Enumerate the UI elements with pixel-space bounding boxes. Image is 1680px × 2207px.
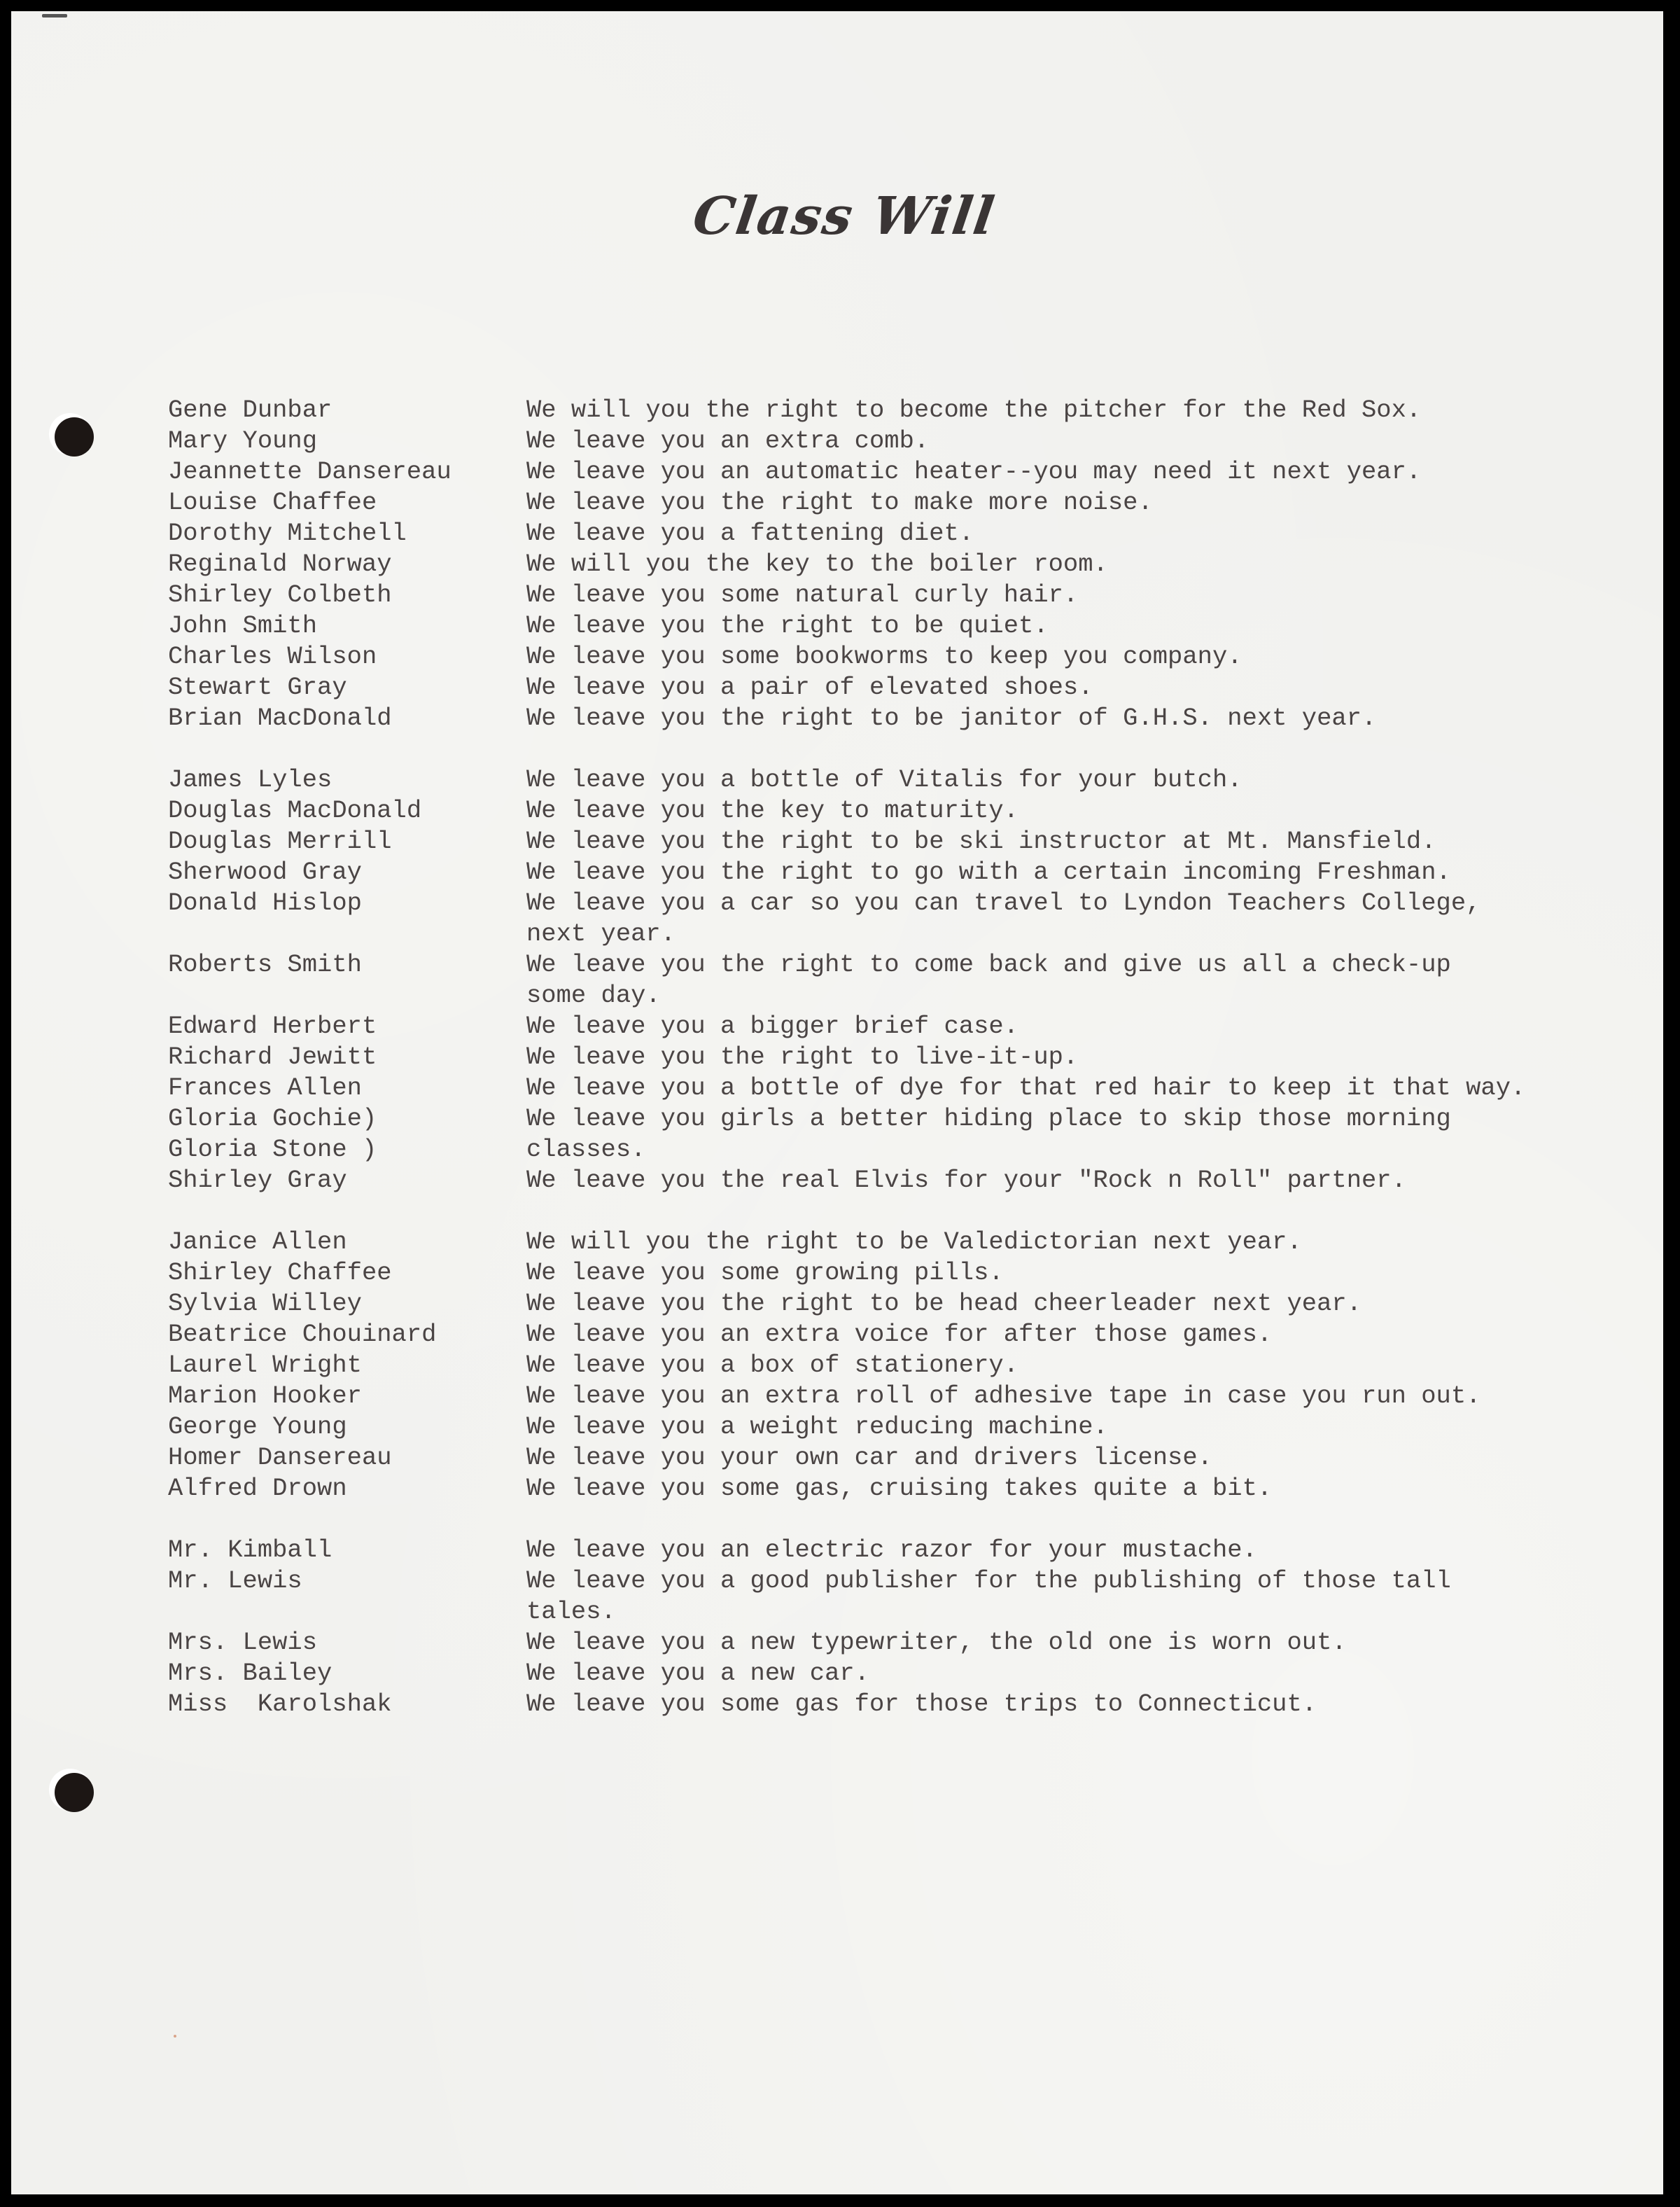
bequest-text: We leave you the right to be ski instruc…: [526, 826, 1624, 857]
will-entry: Miss KarolshakWe leave you some gas for …: [168, 1689, 1624, 1720]
will-entry: Reginald NorwayWe will you the key to th…: [168, 549, 1624, 580]
student-name: Reginald Norway: [168, 549, 526, 580]
will-entry: Louise ChaffeeWe leave you the right to …: [168, 487, 1624, 518]
scanned-page: Class Will Gene DunbarWe will you the ri…: [11, 11, 1663, 2194]
bequest-text: We leave you your own car and drivers li…: [526, 1442, 1624, 1473]
stray-mark: [174, 2035, 176, 2038]
bequest-text: We leave you an electric razor for your …: [526, 1535, 1624, 1566]
bequest-text: We will you the right to become the pitc…: [526, 395, 1624, 426]
student-name: Louise Chaffee: [168, 487, 526, 518]
student-name: Shirley Colbeth: [168, 580, 526, 611]
student-name: Gene Dunbar: [168, 395, 526, 426]
will-entry: Marion HookerWe leave you an extra roll …: [168, 1381, 1624, 1412]
student-name: Alfred Drown: [168, 1473, 526, 1504]
bequest-text: We will you the right to be Valedictoria…: [526, 1227, 1624, 1258]
punch-hole-bottom-icon: [55, 1773, 94, 1812]
student-name: Brian MacDonald: [168, 703, 526, 734]
will-entry: Edward HerbertWe leave you a bigger brie…: [168, 1011, 1624, 1042]
will-entry: Stewart GrayWe leave you a pair of eleva…: [168, 672, 1624, 703]
student-name: Mary Young: [168, 426, 526, 457]
student-name: Laurel Wright: [168, 1350, 526, 1381]
bequest-text: We leave you the real Elvis for your "Ro…: [526, 1165, 1624, 1196]
will-entry: John SmithWe leave you the right to be q…: [168, 611, 1624, 641]
will-entry: Donald HislopWe leave you a car so you c…: [168, 888, 1624, 949]
will-entry: Roberts SmithWe leave you the right to c…: [168, 949, 1624, 1011]
will-group: Janice AllenWe will you the right to be …: [168, 1227, 1624, 1504]
will-entry: Shirley GrayWe leave you the real Elvis …: [168, 1165, 1624, 1196]
bequest-text: We leave you some gas for those trips to…: [526, 1689, 1624, 1720]
student-name: Shirley Chaffee: [168, 1258, 526, 1288]
bequest-text: We leave you a pair of elevated shoes.: [526, 672, 1624, 703]
bequest-text: We leave you an extra comb.: [526, 426, 1624, 457]
will-entry: Shirley ChaffeeWe leave you some growing…: [168, 1258, 1624, 1288]
student-name: Sylvia Willey: [168, 1288, 526, 1319]
will-entry: Janice AllenWe will you the right to be …: [168, 1227, 1624, 1258]
student-name: Mr. Kimball: [168, 1535, 526, 1566]
will-entry: Charles WilsonWe leave you some bookworm…: [168, 641, 1624, 672]
student-name: George Young: [168, 1412, 526, 1442]
class-will-list: Gene DunbarWe will you the right to beco…: [168, 395, 1624, 1750]
bequest-text: We leave you the right to come back and …: [526, 949, 1624, 1011]
bequest-text: We leave you girls a better hiding place…: [526, 1103, 1624, 1165]
bequest-text: We leave you the key to maturity.: [526, 795, 1624, 826]
student-name: Mrs. Lewis: [168, 1627, 526, 1658]
will-group: Gene DunbarWe will you the right to beco…: [168, 395, 1624, 734]
will-entry: Laurel WrightWe leave you a box of stati…: [168, 1350, 1624, 1381]
student-name: Mrs. Bailey: [168, 1658, 526, 1689]
bequest-text: We leave you some gas, cruising takes qu…: [526, 1473, 1624, 1504]
student-name: Douglas MacDonald: [168, 795, 526, 826]
student-name: Roberts Smith: [168, 949, 526, 980]
student-name: Janice Allen: [168, 1227, 526, 1258]
will-entry: Gloria Gochie) Gloria Stone )We leave yo…: [168, 1103, 1624, 1165]
student-name: Shirley Gray: [168, 1165, 526, 1196]
will-entry: Gene DunbarWe will you the right to beco…: [168, 395, 1624, 426]
will-entry: Alfred DrownWe leave you some gas, cruis…: [168, 1473, 1624, 1504]
bequest-text: We leave you a box of stationery.: [526, 1350, 1624, 1381]
will-entry: Brian MacDonaldWe leave you the right to…: [168, 703, 1624, 734]
bequest-text: We leave you an automatic heater--you ma…: [526, 457, 1624, 487]
will-entry: Frances AllenWe leave you a bottle of dy…: [168, 1073, 1624, 1103]
bequest-text: We leave you a fattening diet.: [526, 518, 1624, 549]
student-name: Gloria Gochie) Gloria Stone ): [168, 1103, 526, 1165]
student-name: Douglas Merrill: [168, 826, 526, 857]
student-name: Mr. Lewis: [168, 1566, 526, 1596]
bequest-text: We leave you the right to be janitor of …: [526, 703, 1624, 734]
will-entry: Sherwood GrayWe leave you the right to g…: [168, 857, 1624, 888]
bequest-text: We leave you a weight reducing machine.: [526, 1412, 1624, 1442]
will-entry: Dorothy MitchellWe leave you a fattening…: [168, 518, 1624, 549]
page-title: Class Will: [14, 186, 1674, 246]
will-entry: Mrs. BaileyWe leave you a new car.: [168, 1658, 1624, 1689]
student-name: Charles Wilson: [168, 641, 526, 672]
will-entry: Douglas MerrillWe leave you the right to…: [168, 826, 1624, 857]
will-entry: Sylvia WilleyWe leave you the right to b…: [168, 1288, 1624, 1319]
student-name: Sherwood Gray: [168, 857, 526, 888]
bequest-text: We leave you the right to be quiet.: [526, 611, 1624, 641]
bequest-text: We leave you an extra roll of adhesive t…: [526, 1381, 1624, 1412]
will-entry: George YoungWe leave you a weight reduci…: [168, 1412, 1624, 1442]
bequest-text: We leave you a bottle of Vitalis for you…: [526, 765, 1624, 795]
student-name: Jeannette Dansereau: [168, 457, 526, 487]
will-entry: Mrs. LewisWe leave you a new typewriter,…: [168, 1627, 1624, 1658]
student-name: Marion Hooker: [168, 1381, 526, 1412]
will-entry: Mary YoungWe leave you an extra comb.: [168, 426, 1624, 457]
will-entry: Douglas MacDonaldWe leave you the key to…: [168, 795, 1624, 826]
corner-mark: [42, 14, 67, 18]
will-entry: Beatrice ChouinardWe leave you an extra …: [168, 1319, 1624, 1350]
will-entry: James LylesWe leave you a bottle of Vita…: [168, 765, 1624, 795]
bequest-text: We leave you a new typewriter, the old o…: [526, 1627, 1624, 1658]
student-name: Frances Allen: [168, 1073, 526, 1103]
bequest-text: We leave you some growing pills.: [526, 1258, 1624, 1288]
will-group: Mr. KimballWe leave you an electric razo…: [168, 1535, 1624, 1720]
bequest-text: We leave you the right to go with a cert…: [526, 857, 1624, 888]
bequest-text: We leave you a new car.: [526, 1658, 1624, 1689]
bequest-text: We leave you a bigger brief case.: [526, 1011, 1624, 1042]
student-name: Beatrice Chouinard: [168, 1319, 526, 1350]
student-name: John Smith: [168, 611, 526, 641]
bequest-text: We leave you the right to be head cheerl…: [526, 1288, 1624, 1319]
will-entry: Jeannette DansereauWe leave you an autom…: [168, 457, 1624, 487]
student-name: James Lyles: [168, 765, 526, 795]
bequest-text: We leave you the right to live-it-up.: [526, 1042, 1624, 1073]
student-name: Homer Dansereau: [168, 1442, 526, 1473]
will-entry: Homer DansereauWe leave you your own car…: [168, 1442, 1624, 1473]
student-name: Richard Jewitt: [168, 1042, 526, 1073]
bequest-text: We will you the key to the boiler room.: [526, 549, 1624, 580]
student-name: Stewart Gray: [168, 672, 526, 703]
bequest-text: We leave you a good publisher for the pu…: [526, 1566, 1624, 1627]
bequest-text: We leave you a car so you can travel to …: [526, 888, 1624, 949]
student-name: Miss Karolshak: [168, 1689, 526, 1720]
will-group: James LylesWe leave you a bottle of Vita…: [168, 765, 1624, 1196]
bequest-text: We leave you an extra voice for after th…: [526, 1319, 1624, 1350]
will-entry: Mr. LewisWe leave you a good publisher f…: [168, 1566, 1624, 1627]
bequest-text: We leave you some bookworms to keep you …: [526, 641, 1624, 672]
will-entry: Mr. KimballWe leave you an electric razo…: [168, 1535, 1624, 1566]
student-name: Donald Hislop: [168, 888, 526, 919]
punch-hole-top-icon: [55, 417, 94, 457]
bequest-text: We leave you some natural curly hair.: [526, 580, 1624, 611]
student-name: Edward Herbert: [168, 1011, 526, 1042]
student-name: Dorothy Mitchell: [168, 518, 526, 549]
will-entry: Richard JewittWe leave you the right to …: [168, 1042, 1624, 1073]
will-entry: Shirley ColbethWe leave you some natural…: [168, 580, 1624, 611]
bequest-text: We leave you a bottle of dye for that re…: [526, 1073, 1624, 1103]
bequest-text: We leave you the right to make more nois…: [526, 487, 1624, 518]
